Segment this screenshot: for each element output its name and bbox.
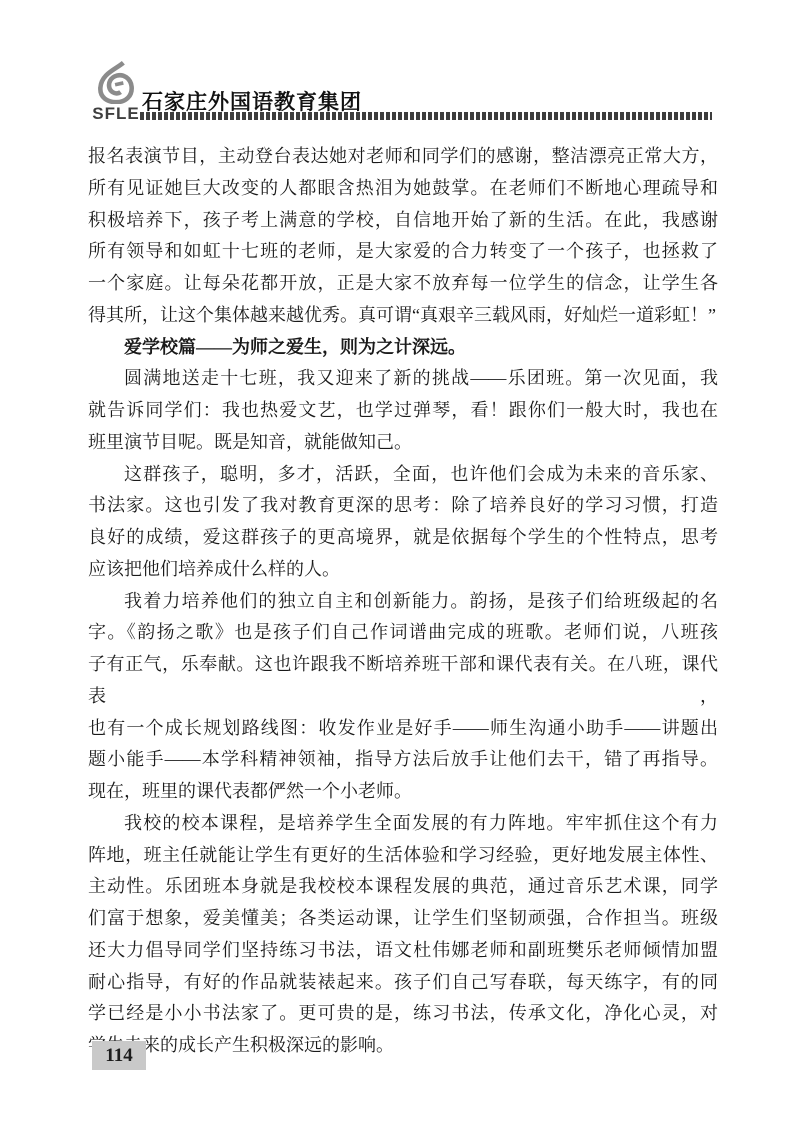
document-page: SFLE 石家庄外国语教育集团 报名表演节目，主动登台表达她对老师和同学们的感谢…	[0, 0, 803, 1134]
text-line: 班里演节目呢。既是知音，就能做知己。	[88, 427, 718, 459]
body-text: 报名表演节目，主动登台表达她对老师和同学们的感谢，整洁漂亮正常大方，所有见证她巨…	[88, 141, 718, 1062]
logo-drop-icon	[94, 60, 138, 104]
text-line: 圆满地送走十七班，我又迎来了新的挑战——乐团班。第一次见面，我	[88, 363, 718, 395]
header-rule-divider	[140, 112, 712, 120]
sfle-logo: SFLE	[91, 60, 141, 123]
paragraph: 圆满地送走十七班，我又迎来了新的挑战——乐团班。第一次见面，我就告诉同学们：我也…	[88, 363, 718, 458]
text-line: 应该把他们培养成什么样的人。	[88, 554, 718, 586]
text-line: 一个家庭。让每朵花都开放，正是大家不放弃每一位学生的信念，让学生各	[88, 268, 718, 300]
text-line: 所有领导和如虹十七班的老师，是大家爱的合力转变了一个孩子，也拯救了	[88, 236, 718, 268]
paragraph: 我校的校本课程，是培养学生全面发展的有力阵地。牢牢抓住这个有力阵地，班主任就能让…	[88, 808, 718, 1062]
text-line: 积极培养下，孩子考上满意的学校，自信地开始了新的生活。在此，我感谢	[88, 205, 718, 237]
text-line: 书法家。这也引发了我对教育更深的思考：除了培养良好的学习习惯，打造	[88, 490, 718, 522]
page-number: 114	[105, 1045, 132, 1067]
text-line: 也有一个成长规划路线图：收发作业是好手——师生沟通小助手——讲题出	[88, 713, 718, 745]
text-line: 学生未来的成长产生积极深远的影响。	[88, 1030, 718, 1062]
logo-acronym: SFLE	[91, 105, 141, 123]
text-line: 爱学校篇——为师之爱生，则为之计深远。	[88, 332, 718, 364]
text-line: 字。《韵扬之歌》也是孩子们自己作词谱曲完成的班歌。老师们说，八班孩	[88, 617, 718, 649]
text-line: 我校的校本课程，是培养学生全面发展的有力阵地。牢牢抓住这个有力	[88, 808, 718, 840]
text-line: 学已经是小小书法家了。更可贵的是，练习书法，传承文化，净化心灵，对	[88, 998, 718, 1030]
paragraph: 报名表演节目，主动登台表达她对老师和同学们的感谢，整洁漂亮正常大方，所有见证她巨…	[88, 141, 718, 332]
text-line: 得其所，让这个集体越来越优秀。真可谓“真艰辛三载风雨，好灿烂一道彩虹！”	[88, 300, 718, 332]
text-line: 还大力倡导同学们坚持练习书法，语文杜伟娜老师和副班樊乐老师倾情加盟	[88, 935, 718, 967]
paragraph: 这群孩子，聪明，多才，活跃，全面，也许他们会成为未来的音乐家、书法家。这也引发了…	[88, 459, 718, 586]
section-heading-paragraph: 爱学校篇——为师之爱生，则为之计深远。	[88, 332, 718, 364]
text-line: 报名表演节目，主动登台表达她对老师和同学们的感谢，整洁漂亮正常大方，	[88, 141, 718, 173]
text-line: 阵地，班主任就能让学生有更好的生活体验和学习经验，更好地发展主体性、	[88, 840, 718, 872]
text-line: 所有见证她巨大改变的人都眼含热泪为她鼓掌。在老师们不断地心理疏导和	[88, 173, 718, 205]
paragraph: 我着力培养他们的独立自主和创新能力。韵扬，是孩子们给班级起的名字。《韵扬之歌》也…	[88, 586, 718, 808]
text-line: 我着力培养他们的独立自主和创新能力。韵扬，是孩子们给班级起的名	[88, 586, 718, 618]
page-number-badge: 114	[92, 1041, 146, 1070]
text-line: 这群孩子，聪明，多才，活跃，全面，也许他们会成为未来的音乐家、	[88, 459, 718, 491]
text-line: 们富于想象，爱美懂美；各类运动课，让学生们坚韧顽强，合作担当。班级	[88, 903, 718, 935]
text-line: 耐心指导，有好的作品就装裱起来。孩子们自己写春联，每天练字，有的同	[88, 967, 718, 999]
text-line: 就告诉同学们：我也热爱文艺，也学过弹琴，看！跟你们一般大时，我也在	[88, 395, 718, 427]
text-line: 良好的成绩，爱这群孩子的更高境界，就是依据每个学生的个性特点，思考	[88, 522, 718, 554]
text-line: 主动性。乐团班本身就是我校校本课程发展的典范，通过音乐艺术课，同学	[88, 871, 718, 903]
text-line: 现在，班里的课代表都俨然一个小老师。	[88, 776, 718, 808]
text-line: 题小能手——本学科精神领袖，指导方法后放手让他们去干，错了再指导。	[88, 744, 718, 776]
text-line: 子有正气，乐奉献。这也许跟我不断培养班干部和课代表有关。在八班，课代表，	[88, 649, 718, 713]
